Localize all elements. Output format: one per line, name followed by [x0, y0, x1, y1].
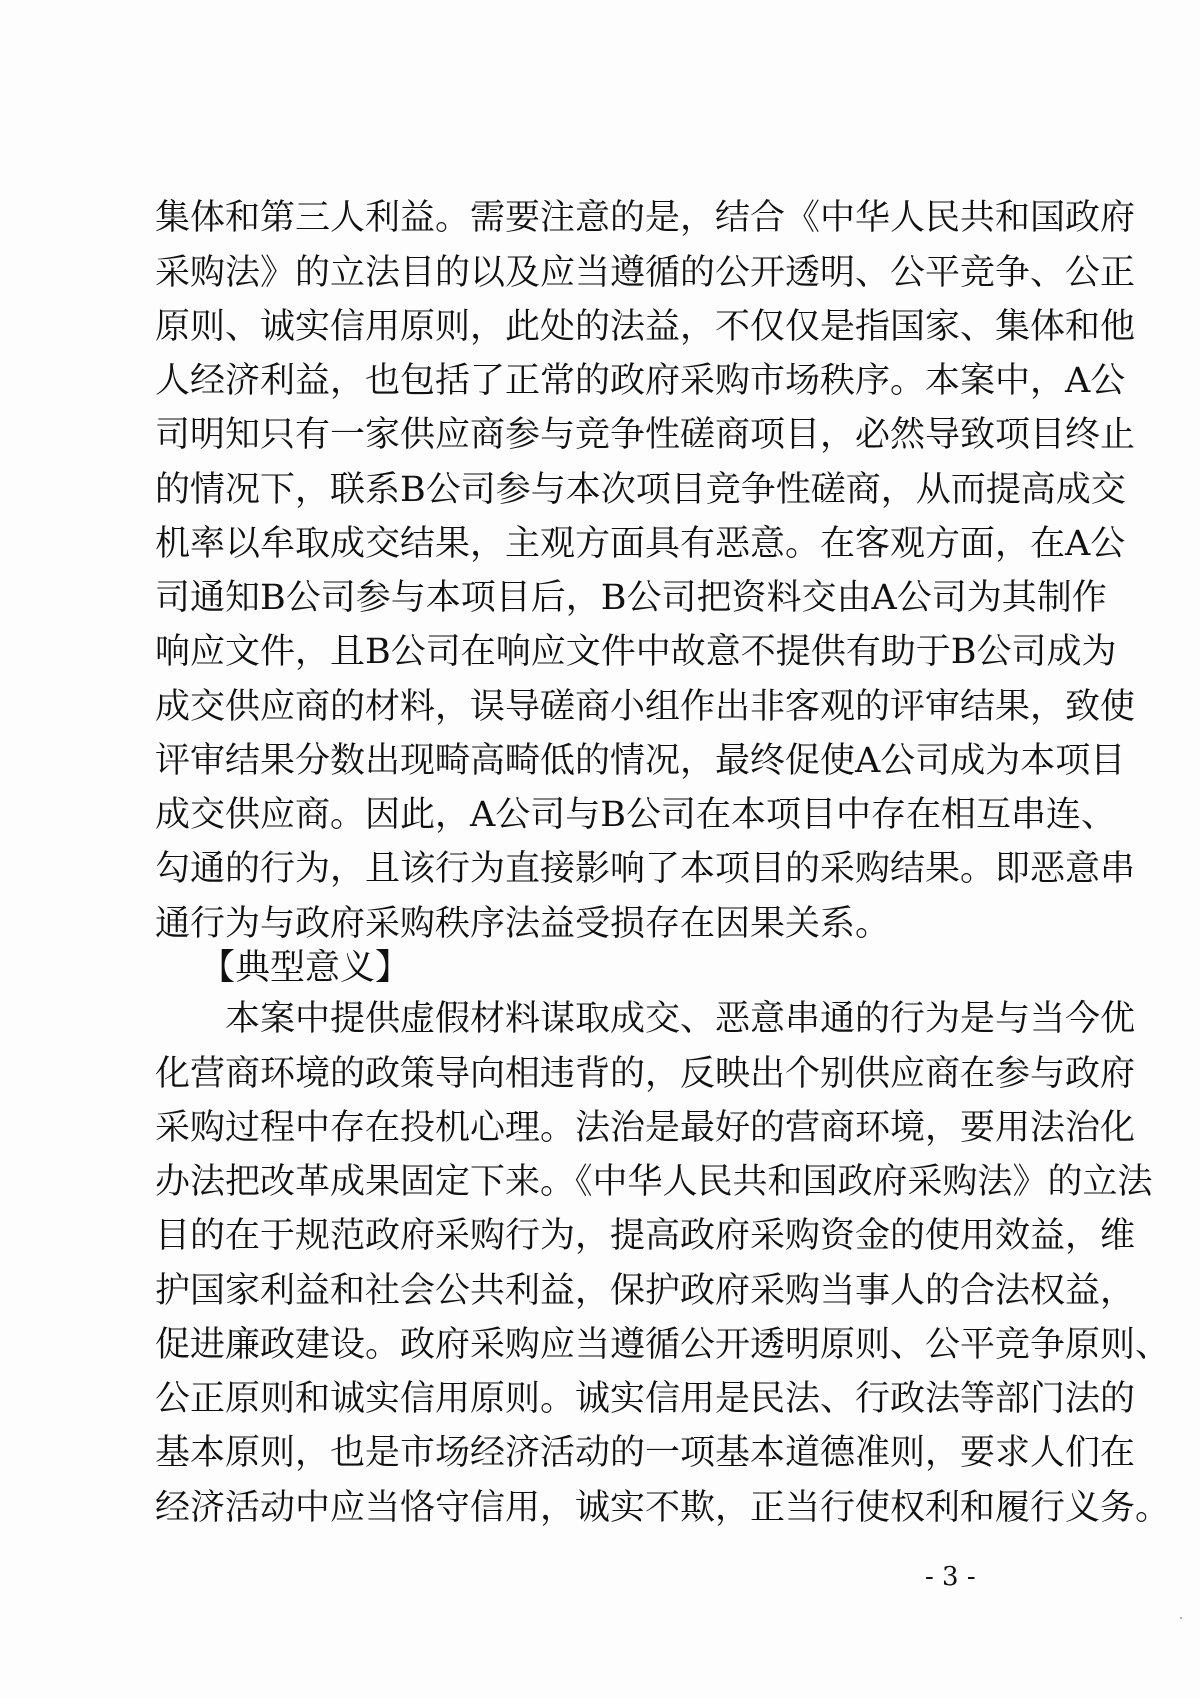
- body-text-line: 勾通的行为，且该行为直接影响了本项目的采购结果。即恶意串: [155, 844, 970, 894]
- section-text-line: 目的在于规范政府采购行为，提高政府采购资金的使用效益，维: [155, 1211, 970, 1261]
- body-text-line: 人经济利益，也包括了正常的政府采购市场秩序。本案中，A公: [155, 356, 970, 406]
- section-text-line: 化营商环境的政策导向相违背的，反映出个别供应商在参与政府: [155, 1049, 970, 1099]
- body-text-line: 的情况下，联系B公司参与本次项目竞争性磋商，从而提高成交: [155, 465, 970, 515]
- body-text-line: 司明知只有一家供应商参与竞争性磋商项目，必然导致项目终止: [155, 410, 970, 460]
- scan-speck: [1180, 1617, 1182, 1619]
- section-text-line: 护国家利益和社会公共利益，保护政府采购当事人的合法权益，: [155, 1266, 970, 1316]
- section-text-line: 经济活动中应当恪守信用，诚实不欺，正当行使权利和履行义务。: [155, 1483, 970, 1533]
- section-heading: 【典型意义】: [200, 943, 410, 993]
- body-text-line: 评审结果分数出现畸高畸低的情况，最终促使A公司成为本项目: [155, 736, 970, 786]
- body-text-line: 成交供应商的材料，误导磋商小组作出非客观的评审结果，致使: [155, 682, 970, 732]
- scan-speck: [997, 647, 999, 649]
- section-text-line: 基本原则，也是市场经济活动的一项基本道德准则，要求人们在: [155, 1428, 970, 1478]
- body-text-line: 采购法》的立法目的以及应当遵循的公开透明、公平竞争、公正: [155, 248, 970, 298]
- section-text-line: 本案中提供虚假材料谋取成交、恶意串通的行为是与当今优: [225, 994, 970, 1044]
- section-text-line: 办法把改革成果固定下来。《中华人民共和国政府采购法》的立法: [155, 1157, 970, 1207]
- body-text-line: 成交供应商。因此，A公司与B公司在本项目中存在相互串连、: [155, 790, 970, 840]
- document-page: 集体和第三人利益。需要注意的是，结合《中华人民共和国政府 采购法》的立法目的以及…: [0, 0, 1200, 1698]
- body-text-line: 集体和第三人利益。需要注意的是，结合《中华人民共和国政府: [155, 193, 970, 243]
- body-text-line: 响应文件，且B公司在响应文件中故意不提供有助于B公司成为: [155, 627, 970, 677]
- body-text-line: 原则、诚实信用原则，此处的法益，不仅仅是指国家、集体和他: [155, 302, 970, 352]
- body-text-line: 机率以牟取成交结果，主观方面具有恶意。在客观方面，在A公: [155, 519, 970, 569]
- body-text-line: 通行为与政府采购秩序法益受损存在因果关系。: [155, 899, 970, 949]
- section-text-line: 公正原则和诚实信用原则。诚实信用是民法、行政法等部门法的: [155, 1374, 970, 1424]
- section-text-line: 采购过程中存在投机心理。法治是最好的营商环境，要用法治化: [155, 1103, 970, 1153]
- page-number: - 3 -: [925, 1562, 976, 1592]
- section-text-line: 促进廉政建设。政府采购应当遵循公开透明原则、公平竞争原则、: [155, 1320, 970, 1370]
- body-text-line: 司通知B公司参与本项目后，B公司把资料交由A公司为其制作: [155, 573, 970, 623]
